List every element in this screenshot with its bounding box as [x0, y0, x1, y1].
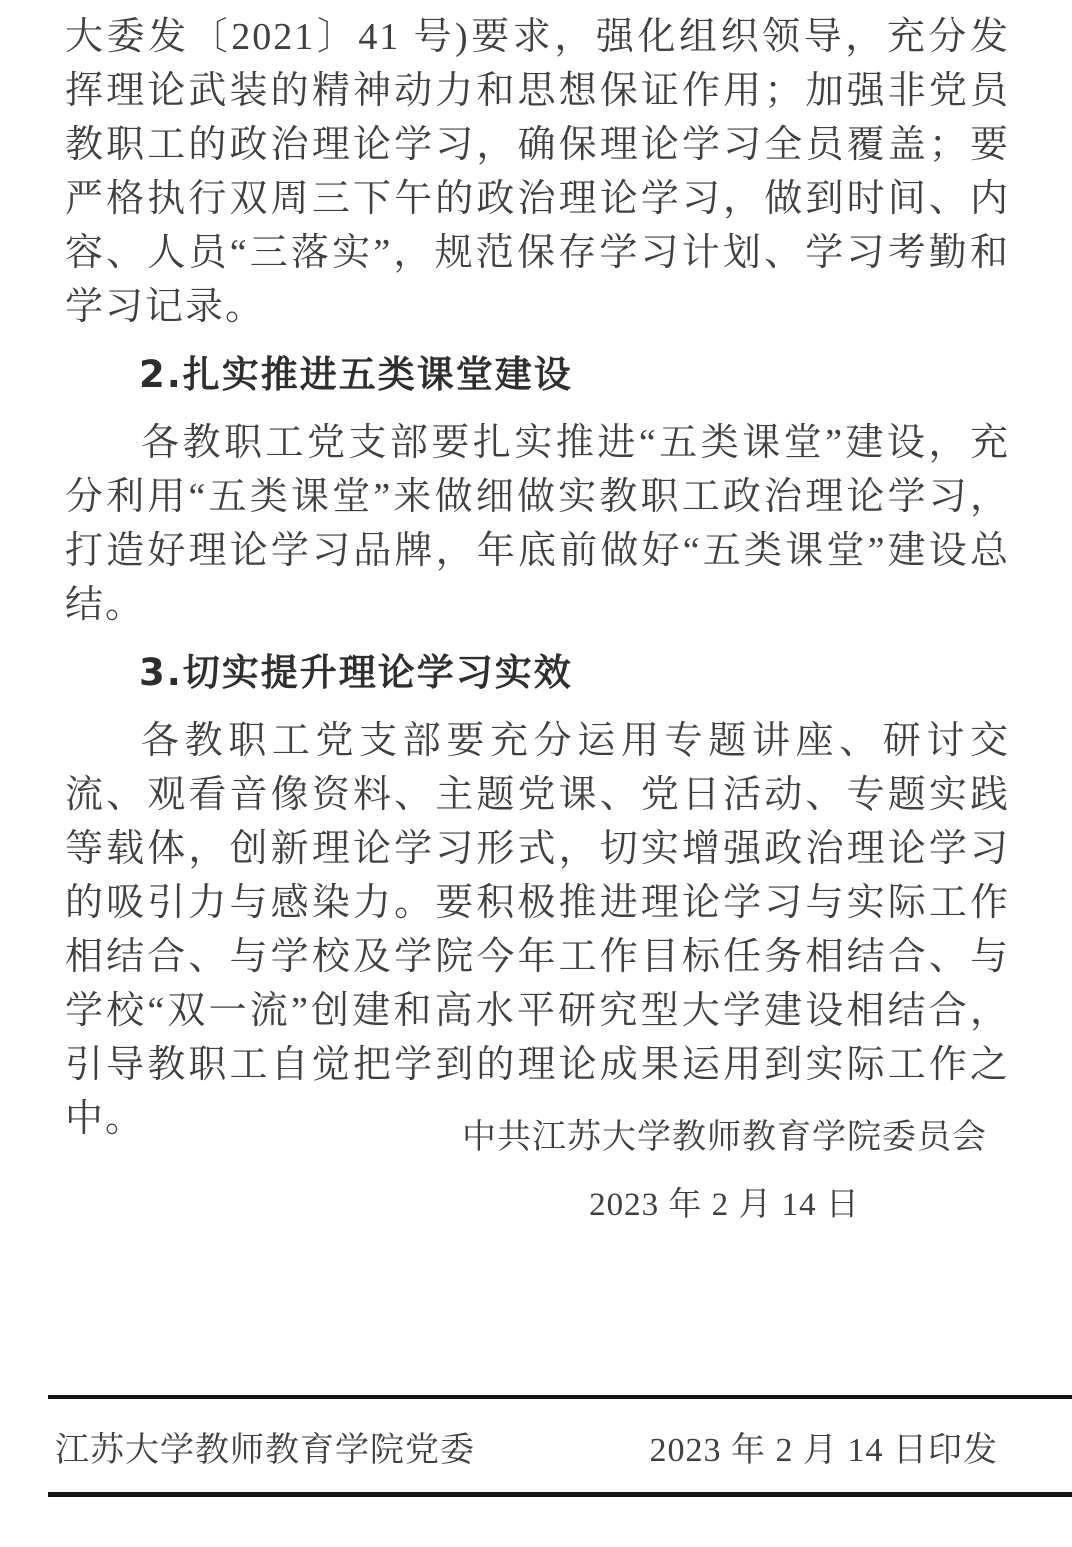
section-heading: 2.扎实推进五类课堂建设	[65, 348, 1010, 402]
footer-divider-top	[48, 1395, 1072, 1399]
signature-date: 2023 年 2 月 14 日	[462, 1186, 987, 1224]
signature-committee-name: 中共江苏大学教师教育学院委员会	[462, 1118, 987, 1158]
section-heading: 3.切实提升理论学习实效	[65, 646, 1010, 700]
footer-print-date: 2023 年 2 月 14 日印发	[650, 1431, 999, 1471]
footer-issuer: 江苏大学教师教育学院党委	[55, 1431, 475, 1471]
body-paragraph: 大委发〔2021〕41 号)要求，强化组织领导，充分发挥理论武装的精神动力和思想…	[65, 10, 1010, 334]
body-paragraph: 各教职工党支部要充分运用专题讲座、研讨交流、观看音像资料、主题党课、党日活动、专…	[65, 714, 1010, 1146]
document-body: 大委发〔2021〕41 号)要求，强化组织领导，充分发挥理论武装的精神动力和思想…	[65, 10, 1010, 1146]
document-page: 大委发〔2021〕41 号)要求，强化组织领导，充分发挥理论武装的精神动力和思想…	[0, 0, 1072, 1547]
body-paragraph: 各教职工党支部要扎实推进“五类课堂”建设，充分利用“五类课堂”来做细做实教职工政…	[65, 416, 1010, 632]
footer-divider-bottom	[48, 1492, 1072, 1497]
footer: 江苏大学教师教育学院党委 2023 年 2 月 14 日印发	[55, 1431, 998, 1471]
signature-block: 中共江苏大学教师教育学院委员会 2023 年 2 月 14 日	[462, 1118, 987, 1224]
